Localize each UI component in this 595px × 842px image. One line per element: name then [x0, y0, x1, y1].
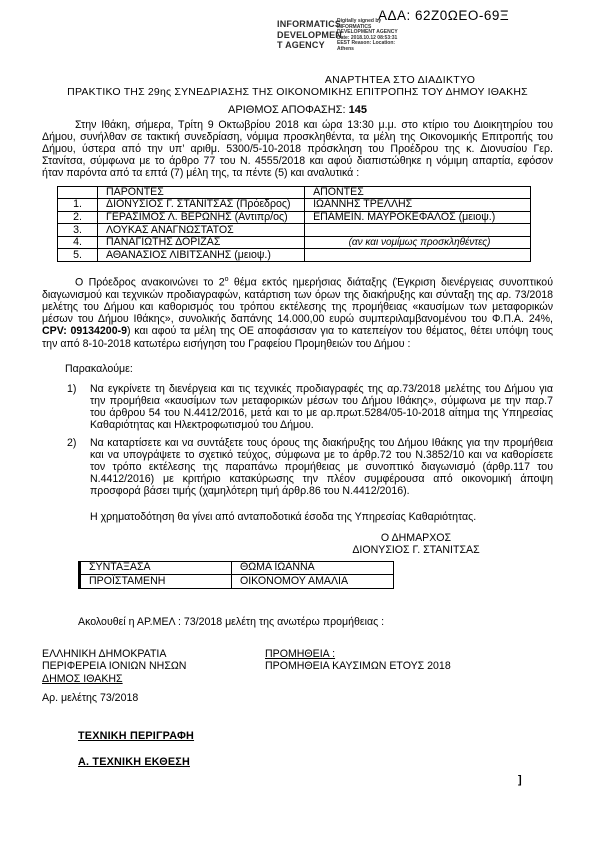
absent-member	[305, 249, 531, 262]
decision-text: Ο Πρόεδρος ανακοινώνει το 2	[75, 277, 225, 289]
row-number: 4.	[58, 236, 98, 249]
list-item: 2) Να καταρτίσετε και να συντάξετε τους …	[42, 437, 553, 498]
cpv-code: CPV: 09134200-9	[42, 325, 127, 337]
table-row: 4. ΠΑΝΑΓΙΩΤΗΣ ΔΟΡΙΖΑΣ (αν και νομίμως πρ…	[58, 236, 531, 249]
row-number: 3.	[58, 224, 98, 237]
signature-title: Ο ΔΗΜΑΡΧΟΣ	[330, 532, 502, 545]
decision-number-value: 145	[349, 104, 367, 116]
authority-line: ΠΕΡΙΦΕΡΕΙΑ ΙΟΝΙΩΝ ΝΗΣΩΝ	[42, 660, 265, 673]
stamp-signature-details: Digitally signed by INFORMATICS DEVELOPM…	[337, 19, 407, 53]
followup-line: Ακολουθεί η ΑΡ.ΜΕΛ : 73/2018 μελέτη της …	[42, 616, 553, 628]
absent-member: ΙΩΑΝΝΗΣ ΤΡΕΛΛΗΣ	[305, 199, 531, 212]
present-member: ΓΕΡΑΣΙΜΟΣ Λ. ΒΕΡΩΝΗΣ (Αντιπρ/ος)	[98, 211, 305, 224]
posted-on-internet-label: ΑΝΑΡΤΗΤΕΑ ΣΤΟ ΔΙΑΔΙΚΤΥΟ	[42, 74, 553, 86]
page-marker: ]	[518, 774, 522, 786]
row-number: 1.	[58, 199, 98, 212]
intro-paragraph: Στην Ιθάκη, σήμερα, Τρίτη 9 Οκτωβρίου 20…	[42, 119, 553, 180]
item-text: Να εγκρίνετε τη διενέργεια και τις τεχνι…	[90, 383, 553, 432]
request-lead: Παρακαλούμε:	[42, 363, 553, 375]
signoff-name: ΟΙΚΟΝΟΜΟΥ ΑΜΑΛΙΑ	[232, 575, 394, 589]
signature-block: Ο ΔΗΜΑΡΧΟΣ ΔΙΟΝΥΣΙΟΣ Γ. ΣΤΑΝΙΤΣΑΣ	[330, 532, 502, 557]
signoff-role: ΣΥΝΤΑΞΑΣΑ	[80, 561, 232, 575]
signoff-role: ΠΡΟΪΣΤΑΜΕΝΗ	[80, 575, 232, 589]
stamp-agency-name: INFORMATICS DEVELOPMEN T AGENCY	[277, 19, 333, 53]
table-row: 5. ΑΘΑΝΑΣΙΟΣ ΛΙΒΙΤΣΑΝΗΣ (μειοψ.)	[58, 249, 531, 262]
table-row: ΣΥΝΤΑΞΑΣΑ ΘΩΜΑ ΙΩΑΝΝΑ	[80, 561, 394, 575]
present-member: ΛΟΥΚΑΣ ΑΝΑΓΝΩΣΤΑΤΟΣ	[98, 224, 305, 237]
item-text: Να καταρτίσετε και να συντάξετε τους όρο…	[90, 437, 553, 498]
list-item: 1) Να εγκρίνετε τη διενέργεια και τις τε…	[42, 383, 553, 432]
signature-name: ΔΙΟΝΥΣΙΟΣ Γ. ΣΤΑΝΙΤΣΑΣ	[330, 544, 502, 557]
document-page: ΑΔΑ: 62Ζ0ΩΕΟ-69Ξ INFORMATICS DEVELOPMEN …	[0, 0, 595, 842]
attendance-table: ΠΑΡΟΝΤΕΣ ΑΠΟΝΤΕΣ 1. ΔΙΟΝΥΣΙΟΣ Γ. ΣΤΑΝΙΤΣ…	[57, 186, 531, 263]
absent-member	[305, 224, 531, 237]
section-heading-technical-description: ΤΕΧΝΙΚΗ ΠΕΡΙΓΡΑΦΗ	[78, 730, 553, 742]
table-row: ΠΡΟΪΣΤΑΜΕΝΗ ΟΙΚΟΝΟΜΟΥ ΑΜΑΛΙΑ	[80, 575, 394, 589]
authority-line: ΕΛΛΗΝΙΚΗ ΔΗΜΟΚΡΑΤΙΑ	[42, 648, 265, 661]
decision-number-line: ΑΡΙΘΜΟΣ ΑΠΟΦΑΣΗΣ: 145	[42, 104, 553, 116]
decision-number-label: ΑΡΙΘΜΟΣ ΑΠΟΦΑΣΗΣ:	[228, 104, 346, 116]
row-number: 5.	[58, 249, 98, 262]
attendance-header-absent: ΑΠΟΝΤΕΣ	[305, 186, 531, 199]
authority-municipality: ΔΗΜΟΣ ΙΘΑΚΗΣ	[42, 673, 265, 686]
document-title: ΠΡΑΚΤΙΚΟ ΤΗΣ 29ης ΣΥΝΕΔΡΙΑΣΗΣ ΤΗΣ ΟΙΚΟΝΟ…	[42, 86, 553, 99]
procurement-value: ΠΡΟΜΗΘΕΙΑ ΚΑΥΣΙΜΩΝ ΕΤΟΥΣ 2018	[265, 660, 553, 673]
row-number: 2.	[58, 211, 98, 224]
item-number: 2)	[67, 437, 76, 449]
attendance-header-num	[58, 186, 98, 199]
table-row: 2. ΓΕΡΑΣΙΜΟΣ Λ. ΒΕΡΩΝΗΣ (Αντιπρ/ος) ΕΠΑΜ…	[58, 211, 531, 224]
study-header: ΕΛΛΗΝΙΚΗ ΔΗΜΟΚΡΑΤΙΑ ΠΕΡΙΦΕΡΕΙΑ ΙΟΝΙΩΝ ΝΗ…	[42, 648, 553, 686]
authority-block: ΕΛΛΗΝΙΚΗ ΔΗΜΟΚΡΑΤΙΑ ΠΕΡΙΦΕΡΕΙΑ ΙΟΝΙΩΝ ΝΗ…	[42, 648, 265, 686]
absent-note: (αν και νομίμως προσκληθέντες)	[305, 236, 531, 249]
attendance-header-present: ΠΑΡΟΝΤΕΣ	[98, 186, 305, 199]
document-content: ΑΝΑΡΤΗΤΕΑ ΣΤΟ ΔΙΑΔΙΚΤΥΟ ΠΡΑΚΤΙΚΟ ΤΗΣ 29η…	[0, 74, 595, 768]
funding-note: Η χρηματοδότηση θα γίνει από ανταποδοτικ…	[42, 511, 553, 523]
procurement-label: ΠΡΟΜΗΘΕΙΑ :	[265, 648, 553, 661]
section-heading-technical-report: Α. ΤΕΧΝΙΚΗ ΕΚΘΕΣΗ	[78, 756, 553, 768]
present-member: ΑΘΑΝΑΣΙΟΣ ΛΙΒΙΤΣΑΝΗΣ (μειοψ.)	[98, 249, 305, 262]
study-number: Αρ. μελέτης 73/2018	[42, 692, 553, 704]
signoff-table: ΣΥΝΤΑΞΑΣΑ ΘΩΜΑ ΙΩΑΝΝΑ ΠΡΟΪΣΤΑΜΕΝΗ ΟΙΚΟΝΟ…	[78, 561, 394, 589]
present-member: ΠΑΝΑΓΙΩΤΗΣ ΔΟΡΙΖΑΣ	[98, 236, 305, 249]
digital-signature-stamp: INFORMATICS DEVELOPMEN T AGENCY Digitall…	[277, 19, 407, 53]
decision-paragraph: Ο Πρόεδρος ανακοινώνει το 2ο θέμα εκτός …	[42, 274, 553, 350]
signoff-name: ΘΩΜΑ ΙΩΑΝΝΑ	[232, 561, 394, 575]
attendance-header-row: ΠΑΡΟΝΤΕΣ ΑΠΟΝΤΕΣ	[58, 186, 531, 199]
table-row: 3. ΛΟΥΚΑΣ ΑΝΑΓΝΩΣΤΑΤΟΣ	[58, 224, 531, 237]
table-row: 1. ΔΙΟΝΥΣΙΟΣ Γ. ΣΤΑΝΙΤΣΑΣ (Πρόεδρος) ΙΩΑ…	[58, 199, 531, 212]
absent-member: ΕΠΑΜΕΙΝ. ΜΑΥΡΟΚΕΦΑΛΟΣ (μειοψ.)	[305, 211, 531, 224]
item-number: 1)	[67, 383, 76, 395]
present-member: ΔΙΟΝΥΣΙΟΣ Γ. ΣΤΑΝΙΤΣΑΣ (Πρόεδρος)	[98, 199, 305, 212]
procurement-block: ΠΡΟΜΗΘΕΙΑ : ΠΡΟΜΗΘΕΙΑ ΚΑΥΣΙΜΩΝ ΕΤΟΥΣ 201…	[265, 648, 553, 686]
